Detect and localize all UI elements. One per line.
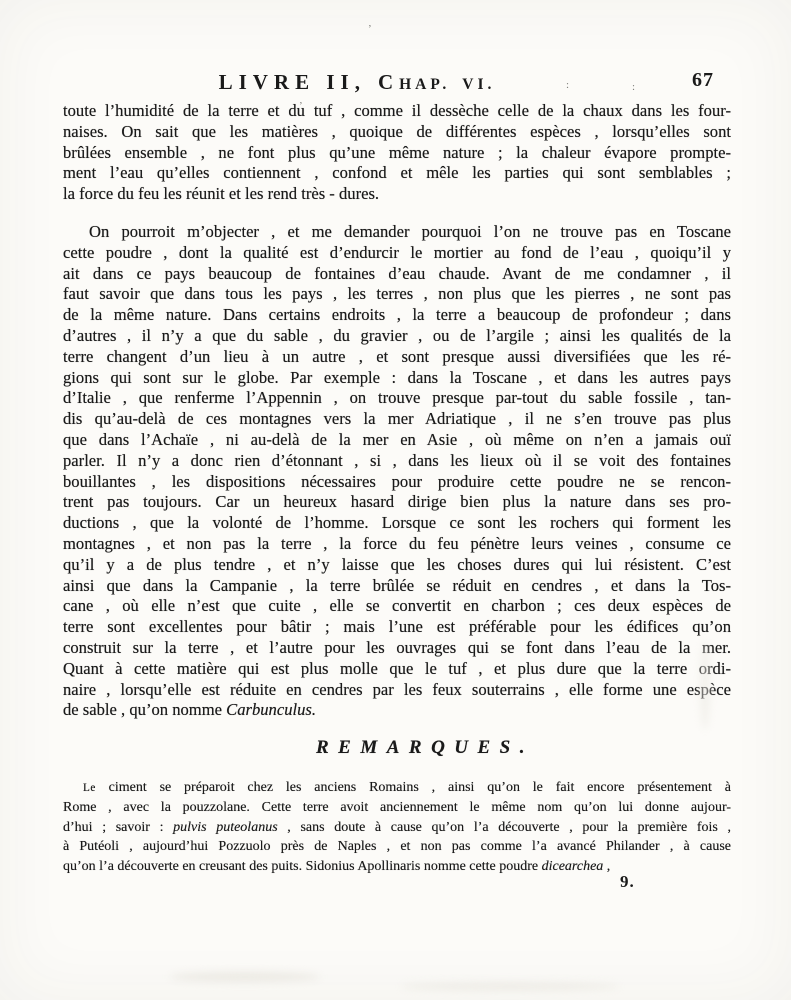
text-line: bouillantes , les dispositions nécessair… (63, 472, 731, 493)
remarks-text: Le ciment se préparoit chez les anciens … (63, 778, 731, 877)
running-head-chap: HAP. (399, 76, 450, 94)
text-line: ait dans ce pays beaucoup de fontaines d… (63, 264, 731, 285)
text-line: dis qu’au-delà de ces montagnes vers la … (63, 409, 731, 430)
text-line: ainsi que dans la Campanie , la terre br… (63, 576, 731, 597)
scan-speck: : (632, 82, 635, 93)
body-text: toute l’humidité de la terre et du tuf ,… (63, 101, 731, 721)
remarks-heading: REMARQUES. (63, 737, 731, 759)
text-line: qu’il y a de plus tendre , et n’y laisse… (63, 555, 731, 576)
text-line: la force du feu les réunit et les rend t… (63, 184, 731, 205)
paragraph: On pourroit m’objecter , et me demander … (63, 222, 731, 721)
scan-speck: ’ (299, 101, 303, 112)
text-line: d’autres , il n’y a que du sable , du gr… (63, 326, 731, 347)
remarks-paragraph: Le ciment se préparoit chez les anciens … (63, 778, 731, 877)
scan-smudge (400, 982, 620, 991)
text-line: gions qui sont sur le globe. Par exemple… (63, 368, 731, 389)
scan-smudge (700, 640, 710, 730)
text-line: On pourroit m’objecter , et me demander … (63, 222, 731, 243)
running-head-book: LIVRE II, (219, 70, 366, 95)
text-line: naises. On sait que les matières , quoiq… (63, 122, 731, 143)
scan-speck: : (566, 80, 569, 91)
text-line: parler. Il n’y a donc rien d’étonnant , … (63, 451, 731, 472)
text-line: naire , lorsqu’elle est réduite en cendr… (63, 680, 731, 701)
page-number: 67 (692, 69, 714, 92)
scan-smudge (170, 972, 320, 982)
running-head-chap-num: VI. (462, 76, 495, 94)
text-line: cette poudre , dont la qualité est d’end… (63, 243, 731, 264)
text-line: construit sur la terre , et l’autre pour… (63, 638, 731, 659)
text-line: ductions , que la volonté de l’homme. Lo… (63, 513, 731, 534)
running-head-chap-initial: C (378, 70, 399, 95)
text-line: Quant à cette matière qui est plus molle… (63, 659, 731, 680)
text-line: Rome , avec la pouzzolane. Cette terre a… (63, 798, 731, 818)
text-line: terre sont excellentes pour bâtir ; mais… (63, 617, 731, 638)
text-line: montagnes , et non pas la terre , la for… (63, 534, 731, 555)
text-line: Le ciment se préparoit chez les anciens … (63, 778, 731, 798)
signature-mark: 9. (620, 872, 635, 892)
text-line: ment l’eau qu’elles contiennent , confon… (63, 163, 731, 184)
paragraph: toute l’humidité de la terre et du tuf ,… (63, 101, 731, 205)
text-line: d’Italie , que renferme l’Appennin , on … (63, 388, 731, 409)
running-head: LIVRE II, C HAP. VI. (23, 70, 691, 95)
text-line: que dans l’Achaïe , ni au-delà de la mer… (63, 430, 731, 451)
text-line: trent pas toujours. Car un heureux hasar… (63, 492, 731, 513)
text-line: de la même nature. Dans certains endroit… (63, 305, 731, 326)
scan-speck: ’ (368, 24, 372, 35)
book-page: LIVRE II, C HAP. VI. 67 toute l’humidité… (0, 0, 791, 1000)
text-line: terre changent d’un lieu à un autre , et… (63, 347, 731, 368)
text-line: à Putéoli , aujourd’hui Pozzuolo près de… (63, 837, 731, 857)
text-line: cane , où elle n’est que cuite , elle se… (63, 596, 731, 617)
text-line: toute l’humidité de la terre et du tuf ,… (63, 101, 731, 122)
text-line: d’hui ; savoir : pulvis puteolanus , san… (63, 818, 731, 838)
text-line: de sable , qu’on nomme Carbunculus. (63, 700, 731, 721)
text-line: brûlées ensemble , ne font plus qu’une m… (63, 143, 731, 164)
text-line: faut savoir que dans tous les pays , les… (63, 284, 731, 305)
